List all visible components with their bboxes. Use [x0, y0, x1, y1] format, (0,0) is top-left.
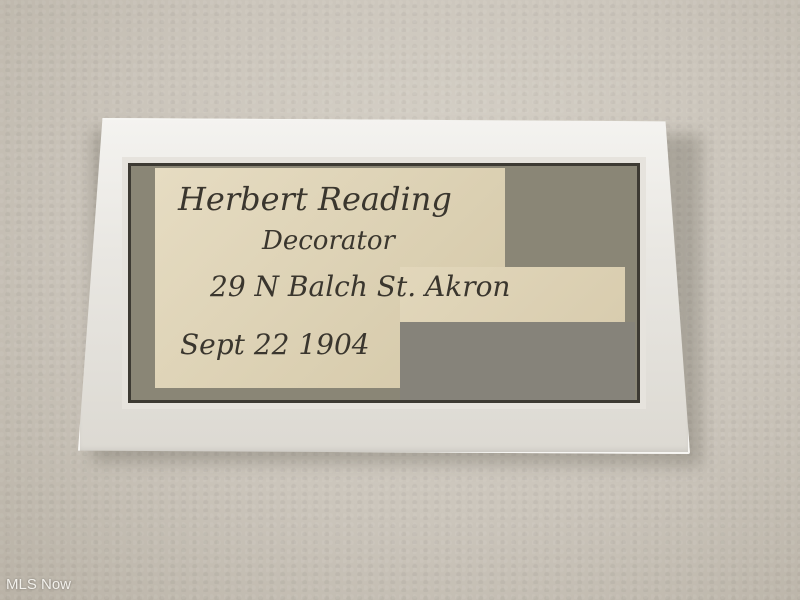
watermark: MLS Now: [6, 576, 71, 593]
painted-patch: [400, 322, 635, 400]
note-line-date: Sept 22 1904: [180, 328, 370, 361]
note-line-name: Herbert Reading: [178, 180, 452, 218]
note-line-title: Decorator: [262, 226, 395, 256]
note-line-address: 29 N Balch St. Akron: [210, 270, 510, 303]
